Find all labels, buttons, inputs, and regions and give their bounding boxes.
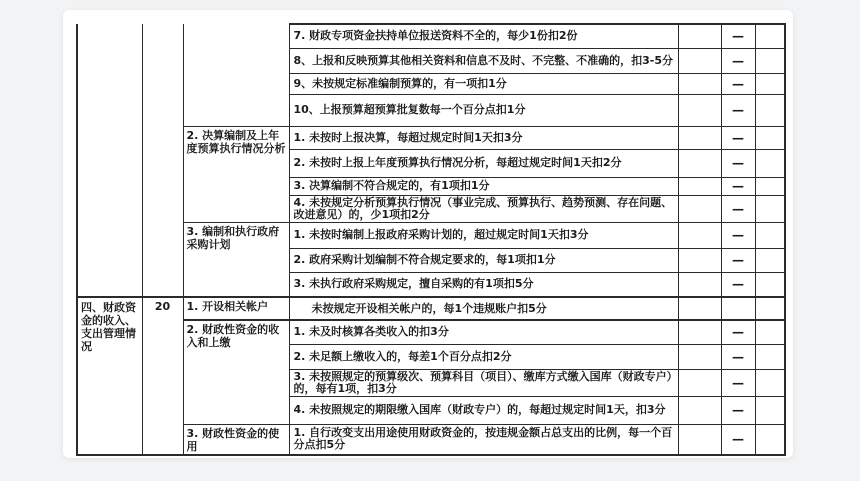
blank-cell-right	[755, 297, 785, 320]
blank-cell-left	[678, 248, 721, 272]
dash-cell: —	[721, 222, 755, 248]
assessment-table: 7. 财政专项资金扶持单位报送资料不全的，每少1份扣2份 — 8、上报和反映预算…	[76, 23, 786, 456]
dash-cell: —	[721, 320, 755, 344]
blank-cell-left	[678, 195, 721, 222]
dash-cell: —	[721, 248, 755, 272]
blank-cell-left	[678, 48, 721, 73]
criteria-cell: 3. 未执行政府采购规定，擅自采购的有1项扣5分	[289, 272, 678, 297]
blank-cell-right	[755, 94, 785, 126]
criteria-cell: 未按规定开设相关帐户的，每1个违规账户扣5分	[289, 297, 678, 320]
subitem-cell: 2. 财政性资金的收入和上缴	[183, 320, 289, 424]
blank-cell-right	[755, 320, 785, 344]
blank-cell-left	[678, 424, 721, 455]
blank-cell-left	[678, 297, 721, 320]
blank-cell-left	[678, 396, 721, 424]
criteria-cell: 9、未按规定标准编制预算的，有一项扣1分	[289, 73, 678, 94]
dash-cell: —	[721, 272, 755, 297]
criteria-cell: 3. 决算编制不符合规定的，有1项扣1分	[289, 177, 678, 195]
dash-cell: —	[721, 126, 755, 149]
dash-cell: —	[721, 73, 755, 94]
blank-cell-right	[755, 344, 785, 369]
blank-cell-left	[678, 344, 721, 369]
dash-cell: —	[721, 369, 755, 396]
blank-cell-left	[678, 24, 721, 48]
score-cell-empty	[142, 24, 183, 297]
blank-cell-right	[755, 222, 785, 248]
dash-cell: —	[721, 424, 755, 455]
blank-cell-right	[755, 126, 785, 149]
criteria-cell: 4. 未按规定分析预算执行情况（事业完成、预算执行、趋势预测、存在问题、改进意见…	[289, 195, 678, 222]
subitem-cell: 2. 决算编制及上年度预算执行情况分析	[183, 126, 289, 222]
dash-cell: —	[721, 94, 755, 126]
table-row: 3. 编制和执行政府采购计划 1. 未按时编制上报政府采购计划的，超过规定时间1…	[77, 222, 785, 248]
blank-cell-right	[755, 177, 785, 195]
table-row: 2. 财政性资金的收入和上缴 1. 未及时核算各类收入的扣3分 —	[77, 320, 785, 344]
dash-cell: —	[721, 344, 755, 369]
dash-cell: —	[721, 177, 755, 195]
criteria-cell: 10、上报预算超预算批复数每一个百分点扣1分	[289, 94, 678, 126]
blank-cell-right	[755, 195, 785, 222]
document-page: 7. 财政专项资金扶持单位报送资料不全的，每少1份扣2份 — 8、上报和反映预算…	[63, 10, 793, 458]
blank-cell-right	[755, 424, 785, 455]
criteria-cell: 2. 未按时上报上年度预算执行情况分析，每超过规定时间1天扣2分	[289, 149, 678, 177]
blank-cell-left	[678, 73, 721, 94]
subitem-cell: 3. 财政性资金的使用	[183, 424, 289, 455]
dash-cell: —	[721, 24, 755, 48]
dash-cell: —	[721, 48, 755, 73]
blank-cell-left	[678, 149, 721, 177]
criteria-cell: 2. 未足额上缴收入的，每差1个百分点扣2分	[289, 344, 678, 369]
dash-cell	[721, 297, 755, 320]
blank-cell-left	[678, 126, 721, 149]
criteria-cell: 2. 政府采购计划编制不符合规定要求的，每1项扣1分	[289, 248, 678, 272]
subitem-cell: 3. 编制和执行政府采购计划	[183, 222, 289, 297]
criteria-cell: 1. 自行改变支出用途使用财政资金的，按违规金额占总支出的比例，每一个百分点扣5…	[289, 424, 678, 455]
subitem-cell: 1. 开设相关帐户	[183, 297, 289, 320]
blank-cell-left	[678, 320, 721, 344]
criteria-cell: 3. 未按照规定的预算级次、预算科目（项目）、缴库方式缴入国库（财政专户）的，每…	[289, 369, 678, 396]
table-row: 7. 财政专项资金扶持单位报送资料不全的，每少1份扣2份 —	[77, 24, 785, 48]
app-canvas: { "colors": { "canvas_background": "#f2f…	[0, 0, 860, 481]
criteria-cell: 1. 未按时上报决算，每超过规定时间1天扣3分	[289, 126, 678, 149]
blank-cell-right	[755, 48, 785, 73]
score-cell: 20	[142, 297, 183, 455]
criteria-cell: 1. 未按时编制上报政府采购计划的，超过规定时间1天扣3分	[289, 222, 678, 248]
dash-cell: —	[721, 195, 755, 222]
table-row: 四、财政资金的收入、支出管理情况 20 1. 开设相关帐户 未按规定开设相关帐户…	[77, 297, 785, 320]
dash-cell: —	[721, 396, 755, 424]
blank-cell-right	[755, 149, 785, 177]
subitem-cell-empty	[183, 24, 289, 126]
blank-cell-right	[755, 369, 785, 396]
blank-cell-right	[755, 24, 785, 48]
blank-cell-right	[755, 272, 785, 297]
blank-cell-left	[678, 222, 721, 248]
table-row: 3. 财政性资金的使用 1. 自行改变支出用途使用财政资金的，按违规金额占总支出…	[77, 424, 785, 455]
criteria-cell: 8、上报和反映预算其他相关资料和信息不及时、不完整、不准确的，扣3-5分	[289, 48, 678, 73]
category-cell-empty	[77, 24, 142, 297]
criteria-cell: 1. 未及时核算各类收入的扣3分	[289, 320, 678, 344]
criteria-cell: 4. 未按照规定的期限缴入国库（财政专户）的，每超过规定时间1天，扣3分	[289, 396, 678, 424]
blank-cell-right	[755, 248, 785, 272]
criteria-cell: 7. 财政专项资金扶持单位报送资料不全的，每少1份扣2份	[289, 24, 678, 48]
blank-cell-left	[678, 94, 721, 126]
blank-cell-right	[755, 396, 785, 424]
category-cell: 四、财政资金的收入、支出管理情况	[77, 297, 142, 455]
blank-cell-right	[755, 73, 785, 94]
dash-cell: —	[721, 149, 755, 177]
blank-cell-left	[678, 369, 721, 396]
blank-cell-left	[678, 177, 721, 195]
table-row: 2. 决算编制及上年度预算执行情况分析 1. 未按时上报决算，每超过规定时间1天…	[77, 126, 785, 149]
blank-cell-left	[678, 272, 721, 297]
